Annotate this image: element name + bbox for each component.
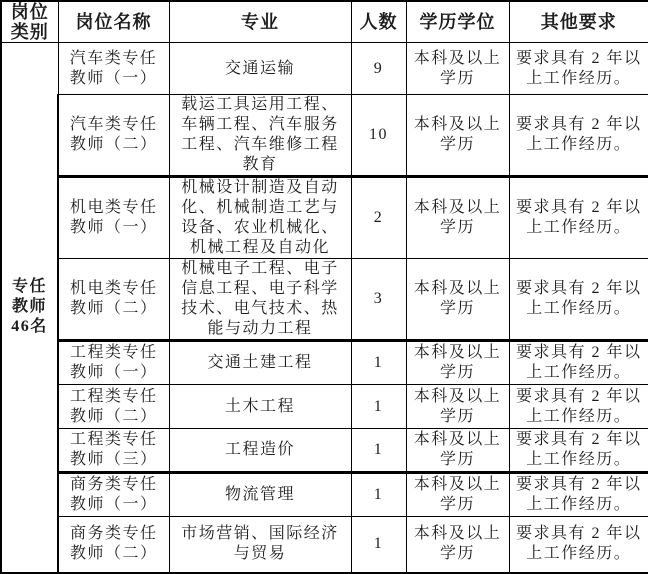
degree-cell: 本科及以上 学历 [406,429,509,473]
position-name-cell: 工程类专任 教师（一） [58,341,169,385]
table-row: 商务类专任 教师（二） 市场营销、国际经济 与贸易 1 本科及以上 学历 要求具… [1,517,648,573]
other-requirements-cell: 要求具有 2 年以 上工作经历。 [509,43,648,95]
degree-cell: 本科及以上 学历 [406,95,509,177]
major-cell: 市场营销、国际经济 与贸易 [169,517,351,573]
count-cell: 1 [351,385,406,429]
other-requirements-cell: 要求具有 2 年以 上工作经历。 [509,259,648,341]
other-requirements-cell: 要求具有 2 年以 上工作经历。 [509,473,648,517]
other-requirements-cell: 要求具有 2 年以 上工作经历。 [509,385,648,429]
count-cell: 10 [351,95,406,177]
header-category: 岗位 类别 [1,1,58,43]
table-row: 工程类专任 教师（一） 交通土建工程 1 本科及以上 学历 要求具有 2 年以 … [1,341,648,385]
major-cell: 机械电子工程、电子 信息工程、电子科学 技术、电气技术、热 能与动力工程 [169,259,351,341]
table-row: 工程类专任 教师（二） 土木工程 1 本科及以上 学历 要求具有 2 年以 上工… [1,385,648,429]
other-requirements-cell: 要求具有 2 年以 上工作经历。 [509,341,648,385]
count-cell: 1 [351,517,406,573]
degree-cell: 本科及以上 学历 [406,259,509,341]
degree-cell: 本科及以上 学历 [406,177,509,259]
position-name-cell: 商务类专任 教师（一） [58,473,169,517]
count-cell: 1 [351,341,406,385]
degree-cell: 本科及以上 学历 [406,473,509,517]
major-cell: 交通土建工程 [169,341,351,385]
position-name-cell: 汽车类专任 教师（二） [58,95,169,177]
recruitment-table: 岗位 类别 岗位名称 专业 人数 学历学位 其他要求 专任 教师 46名 汽车类… [0,0,648,574]
degree-cell: 本科及以上 学历 [406,43,509,95]
degree-cell: 本科及以上 学历 [406,517,509,573]
table-row: 专任 教师 46名 汽车类专任 教师（一） 交通运输 9 本科及以上 学历 要求… [1,43,648,95]
position-name-cell: 汽车类专任 教师（一） [58,43,169,95]
major-cell: 机械设计制造及自动 化、机械制造工艺与 设备、农业机械化、 机械工程及自动化 [169,177,351,259]
recruitment-table-page: 岗位 类别 岗位名称 专业 人数 学历学位 其他要求 专任 教师 46名 汽车类… [0,0,648,566]
table-row: 机电类专任 教师（一） 机械设计制造及自动 化、机械制造工艺与 设备、农业机械化… [1,177,648,259]
header-position-name: 岗位名称 [58,1,169,43]
header-row: 岗位 类别 岗位名称 专业 人数 学历学位 其他要求 [1,1,648,43]
count-cell: 1 [351,429,406,473]
degree-cell: 本科及以上 学历 [406,341,509,385]
other-requirements-cell: 要求具有 2 年以 上工作经历。 [509,429,648,473]
major-cell: 物流管理 [169,473,351,517]
position-name-cell: 工程类专任 教师（二） [58,385,169,429]
header-other: 其他要求 [509,1,648,43]
position-name-cell: 机电类专任 教师（一） [58,177,169,259]
major-cell: 载运工具运用工程、 车辆工程、汽车服务 工程、汽车维修工程 教育 [169,95,351,177]
table-row: 汽车类专任 教师（二） 载运工具运用工程、 车辆工程、汽车服务 工程、汽车维修工… [1,95,648,177]
other-requirements-cell: 要求具有 2 年以 上工作经历。 [509,177,648,259]
position-name-cell: 工程类专任 教师（三） [58,429,169,473]
table-row: 商务类专任 教师（一） 物流管理 1 本科及以上 学历 要求具有 2 年以 上工… [1,473,648,517]
count-cell: 9 [351,43,406,95]
count-cell: 2 [351,177,406,259]
table-row: 工程类专任 教师（三） 工程造价 1 本科及以上 学历 要求具有 2 年以 上工… [1,429,648,473]
degree-cell: 本科及以上 学历 [406,385,509,429]
count-cell: 1 [351,473,406,517]
header-degree: 学历学位 [406,1,509,43]
category-merged-cell: 专任 教师 46名 [1,43,58,573]
major-cell: 交通运输 [169,43,351,95]
count-cell: 3 [351,259,406,341]
header-count: 人数 [351,1,406,43]
major-cell: 工程造价 [169,429,351,473]
position-name-cell: 商务类专任 教师（二） [58,517,169,573]
other-requirements-cell: 要求具有 2 年以 上工作经历。 [509,95,648,177]
header-major: 专业 [169,1,351,43]
other-requirements-cell: 要求具有 2 年以 上工作经历。 [509,517,648,573]
major-cell: 土木工程 [169,385,351,429]
table-row: 机电类专任 教师（二） 机械电子工程、电子 信息工程、电子科学 技术、电气技术、… [1,259,648,341]
position-name-cell: 机电类专任 教师（二） [58,259,169,341]
